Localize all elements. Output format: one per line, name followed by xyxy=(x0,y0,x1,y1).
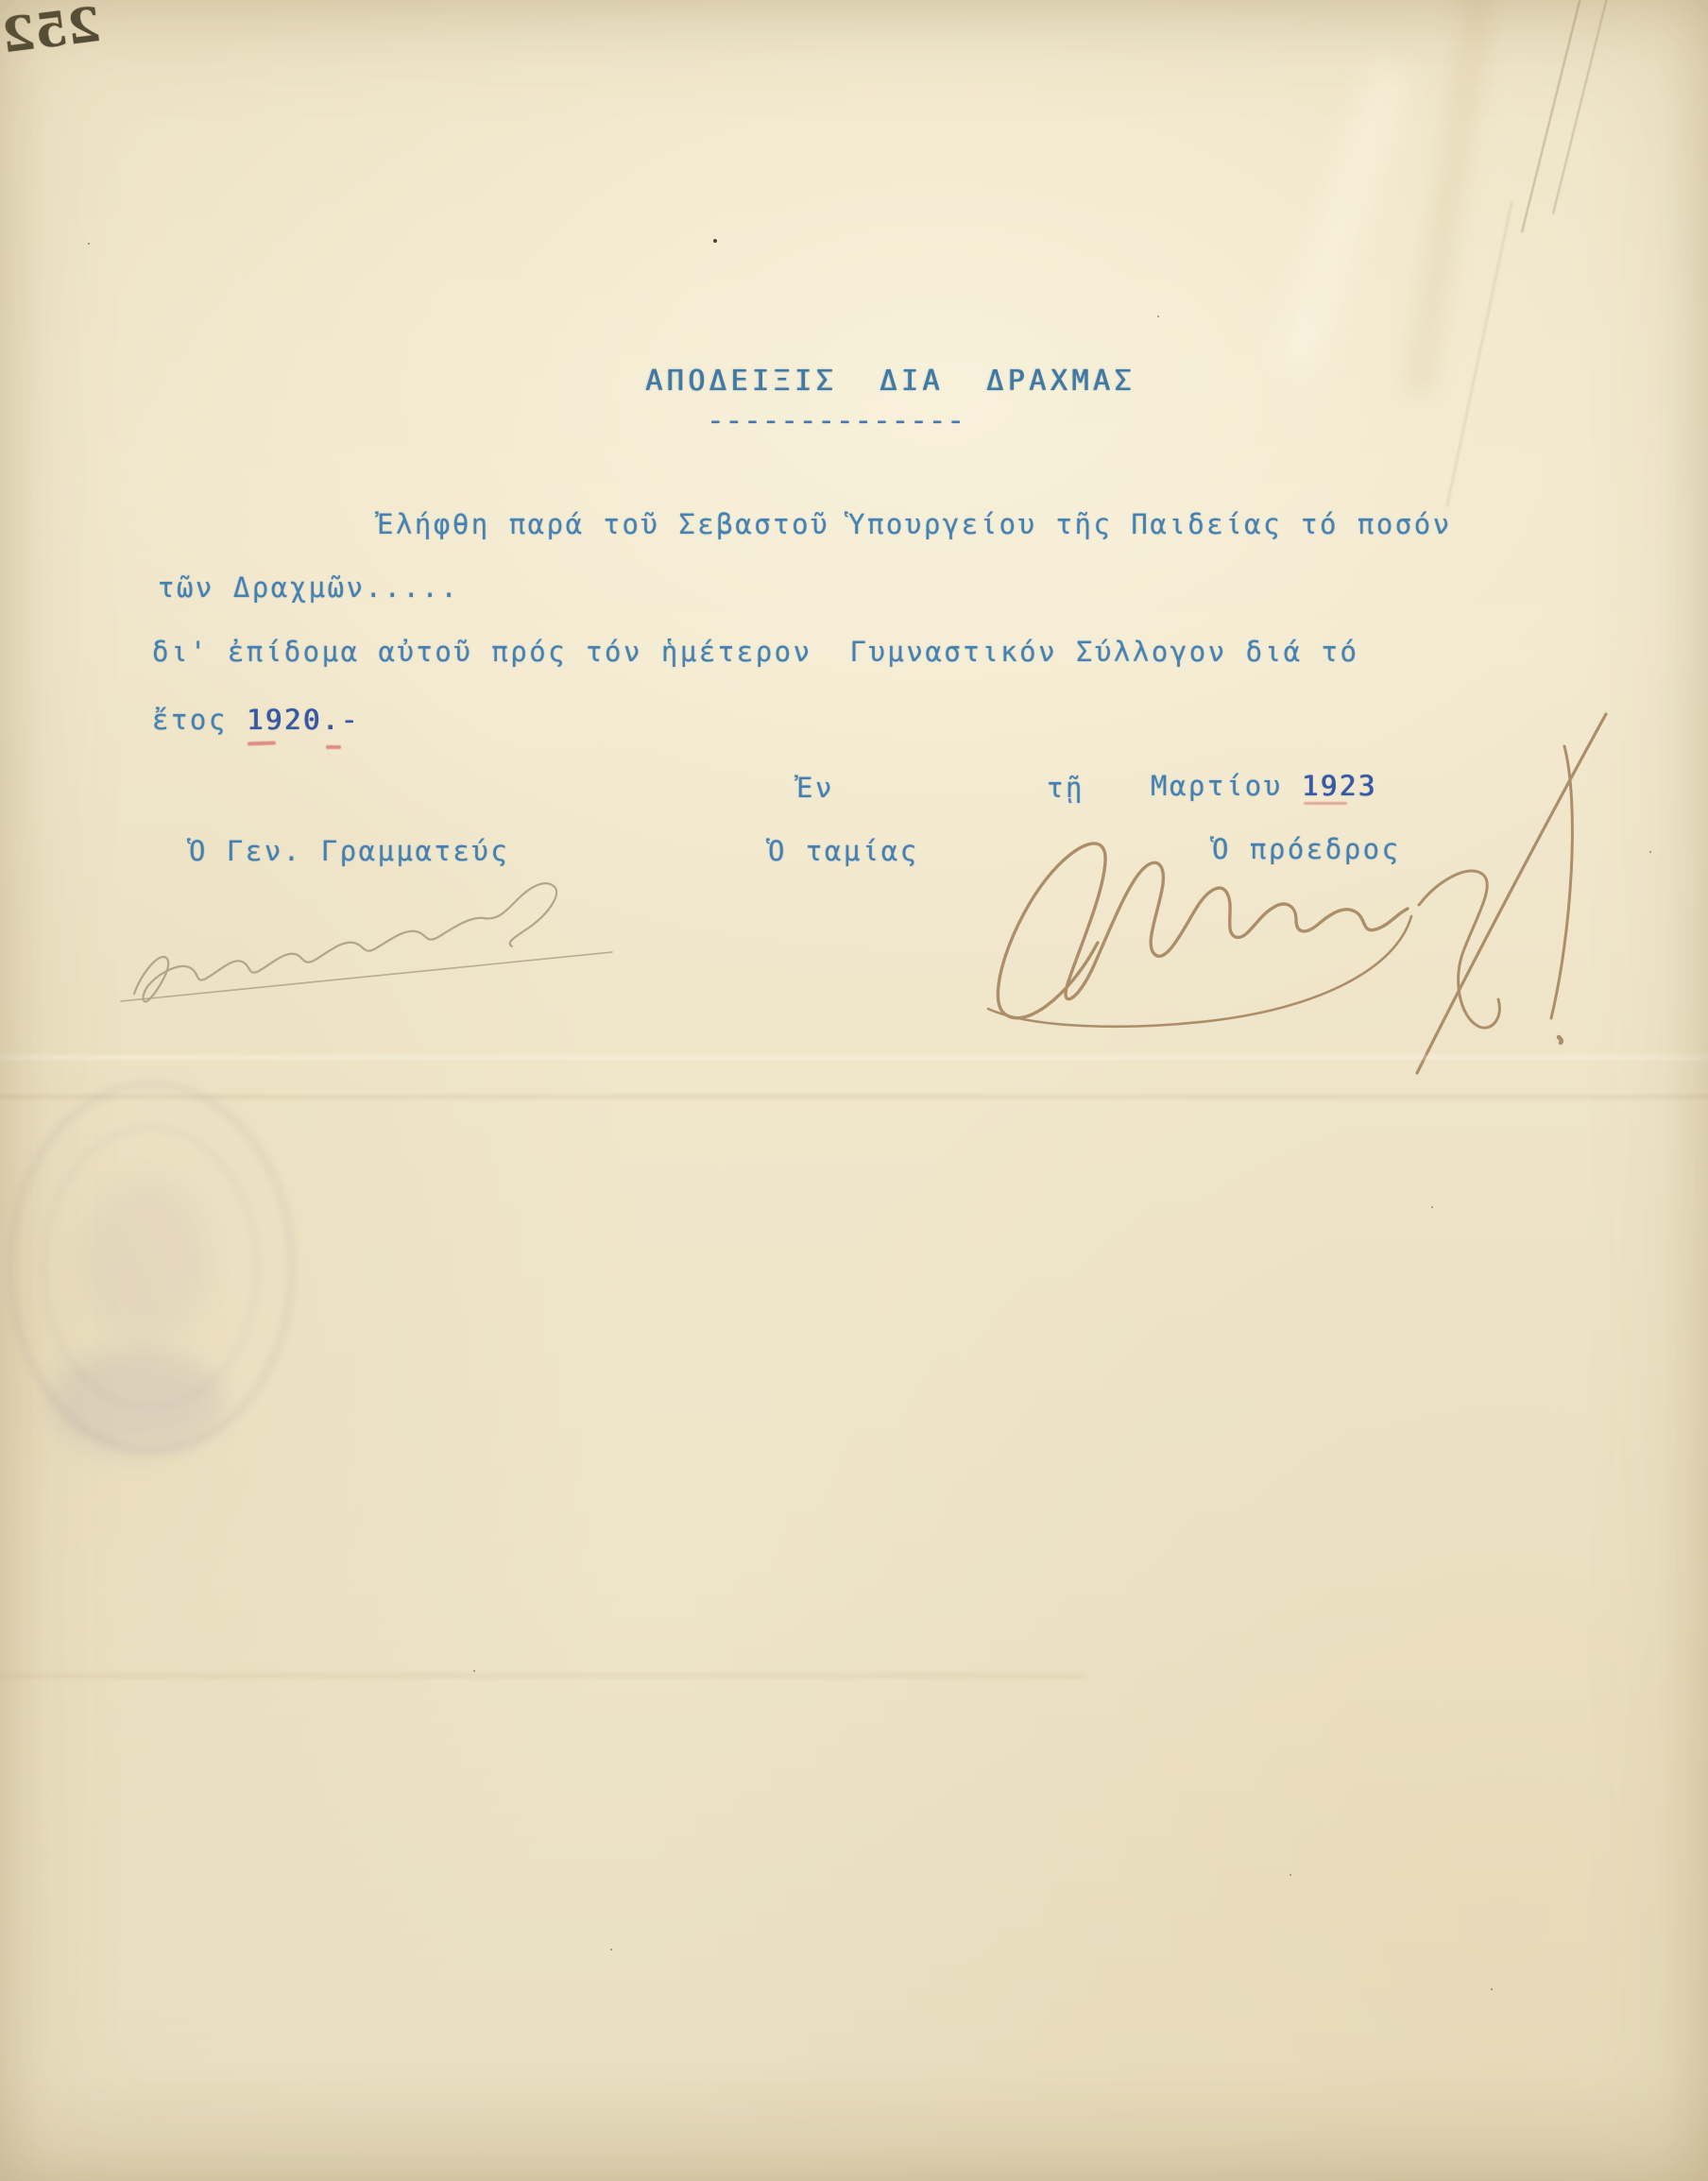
body-line-3: δι' ἐπίδομα αὐτοῦ πρός τόν ἡμέτερον Γυμν… xyxy=(152,636,1358,668)
document-title: ΑΠΟΔΕΙΞΙΣ ΔΙΑ ΔΡΑΧΜΑΣ xyxy=(645,365,1136,398)
dateline-month: Μαρτίου xyxy=(1151,770,1302,802)
red-ink-mark xyxy=(326,745,341,749)
stamp-haze xyxy=(85,1181,208,1341)
paper-crease xyxy=(0,1094,1708,1099)
title-underline: -------------- xyxy=(707,404,965,437)
faded-round-stamp-inner xyxy=(42,1126,259,1409)
scan-vignette xyxy=(0,0,1708,2181)
stamp-smudge xyxy=(49,1349,224,1455)
president-signature-ink xyxy=(988,714,1606,1073)
faded-round-stamp xyxy=(8,1082,295,1454)
body-line-4-text: ἔτος xyxy=(152,704,247,736)
dateline-article: τῇ xyxy=(1047,772,1085,804)
scanned-receipt-page: 252 ΑΠΟΔΕΙΞΙΣ ΔΙΑ ΔΡΑΧΜΑΣ --------------… xyxy=(0,0,1708,2181)
paper-crease xyxy=(1552,0,1609,214)
paper-crease xyxy=(1404,0,1496,397)
red-ink-mark xyxy=(1304,802,1347,805)
paper-crease xyxy=(1274,59,1413,377)
dateline-date: Μαρτίου 1923 xyxy=(1151,770,1377,802)
body-line-4: ἔτος 1920.- xyxy=(152,704,360,736)
year-1920: 1920.- xyxy=(247,704,360,736)
body-line-2: τῶν Δραχμῶν..... xyxy=(158,571,459,604)
paper-crease xyxy=(1446,201,1513,506)
year-1923: 1923 xyxy=(1302,770,1377,802)
signatures-layer xyxy=(0,0,1708,2181)
dateline-place-label: Ἐν xyxy=(796,772,834,804)
paper-crease xyxy=(0,1674,1086,1678)
treasurer-title: Ὁ ταμίας xyxy=(768,835,919,867)
paper-crease xyxy=(1521,0,1583,232)
secretary-signature-pencil xyxy=(121,883,612,1001)
body-line-1: Ἐλήφθη παρά τοῦ Σεβαστοῦ Ὑπουργείου τῆς … xyxy=(377,508,1452,540)
archive-number-mirrored: 252 xyxy=(0,0,104,63)
president-title: Ὁ πρόεδρος xyxy=(1212,833,1401,865)
red-ink-mark xyxy=(248,741,276,745)
paper-specks xyxy=(713,239,717,243)
paper-crease xyxy=(0,1056,1708,1059)
secretary-title: Ὁ Γεν. Γραμματεύς xyxy=(189,835,509,867)
